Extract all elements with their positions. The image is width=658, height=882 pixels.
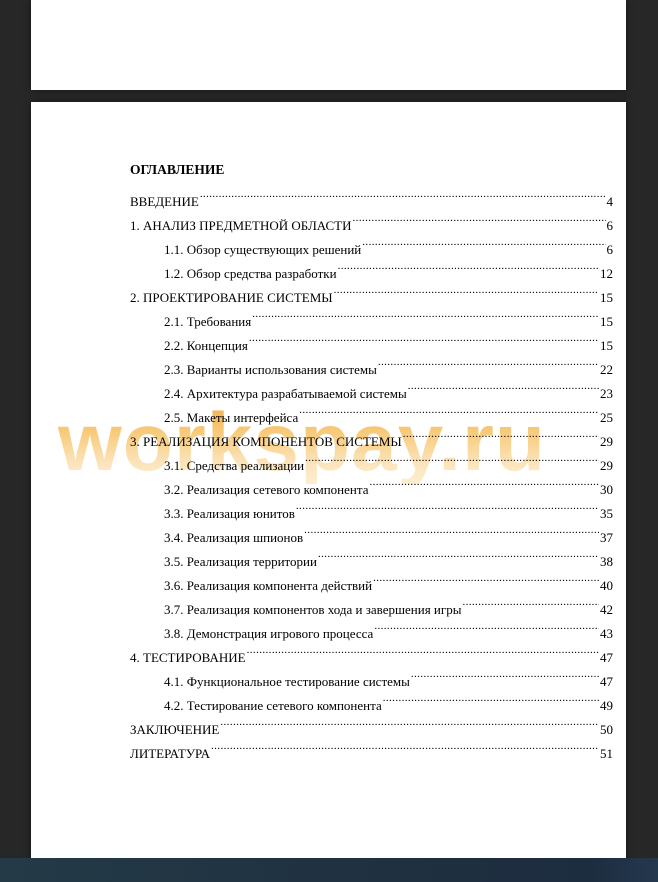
toc-entry-page: 30 [600,478,613,502]
toc-leader-dots [411,662,599,686]
toc-entry-label: 3.6. Реализация компонента действий [164,574,372,598]
table-of-contents: ОГЛАВЛЕНИЕ ВВЕДЕНИЕ41. АНАЛИЗ ПРЕДМЕТНОЙ… [130,158,613,758]
toc-leader-dots [408,374,599,398]
toc-entry-label: 1. АНАЛИЗ ПРЕДМЕТНОЙ ОБЛАСТИ [130,214,352,238]
toc-leader-dots [353,206,606,230]
toc-leader-dots [403,422,599,446]
toc-entry-page: 38 [600,550,613,574]
toc-entry-page: 43 [600,622,613,646]
toc-entry-label: 1.1. Обзор существующих решений [164,238,361,262]
toc-entry-page: 4 [607,190,614,214]
toc-entry-page: 35 [600,502,613,526]
previous-page [31,0,626,90]
toc-leader-dots [334,278,599,302]
toc-leader-dots [249,326,599,350]
toc-entry-page: 29 [600,454,613,478]
toc-entry-page: 47 [600,646,613,670]
toc-entry-page: 47 [600,670,613,694]
document-page: workspay.ru ОГЛАВЛЕНИЕ ВВЕДЕНИЕ41. АНАЛИ… [31,102,626,862]
toc-entry-label: ЛИТЕРАТУРА [130,742,210,766]
toc-entry-label: 1.2. Обзор средства разработки [164,262,337,286]
toc-leader-dots [462,590,599,614]
toc-leader-dots [383,686,599,710]
toc-entry-page: 42 [600,598,613,622]
toc-entry-label: 4. ТЕСТИРОВАНИЕ [130,646,246,670]
toc-leader-dots [200,182,606,206]
toc-entry-page: 23 [600,382,613,406]
toc-leader-dots [362,230,605,254]
toc-entry-page: 12 [600,262,613,286]
toc-entry-label: 2.3. Варианты использования системы [164,358,377,382]
toc-entry-page: 6 [607,238,614,262]
toc-entry-label: 4.1. Функциональное тестирование системы [164,670,410,694]
toc-entry-label: 3.5. Реализация территории [164,550,317,574]
toc-entry-page: 15 [600,334,613,358]
toc-entry-label: 3.1. Средства реализации [164,454,304,478]
toc-leader-dots [296,494,599,518]
toc-leader-dots [252,302,599,326]
toc-leader-dots [369,470,599,494]
toc-entry-page: 15 [600,286,613,310]
toc-entry-page: 6 [607,214,614,238]
toc-entry-page: 29 [600,430,613,454]
toc-entry-page: 40 [600,574,613,598]
toc-entry-page: 25 [600,406,613,430]
toc-leader-dots [373,566,599,590]
toc-entry-page: 50 [600,718,613,742]
toc-entry-label: ЗАКЛЮЧЕНИЕ [130,718,219,742]
bottom-bar [0,858,658,882]
toc-leader-dots [374,614,599,638]
toc-leader-dots [299,398,599,422]
toc-leader-dots [305,446,599,470]
toc-entry[interactable]: ВВЕДЕНИЕ4 [130,182,613,206]
toc-entry-page: 49 [600,694,613,718]
toc-leader-dots [211,734,599,758]
toc-entry-page: 15 [600,310,613,334]
toc-entry[interactable]: 1. АНАЛИЗ ПРЕДМЕТНОЙ ОБЛАСТИ6 [130,206,613,230]
toc-entry-label: 2.5. Макеты интерфейса [164,406,298,430]
toc-list: ВВЕДЕНИЕ41. АНАЛИЗ ПРЕДМЕТНОЙ ОБЛАСТИ61.… [130,182,613,758]
toc-entry-page: 37 [600,526,613,550]
toc-entry-label: ВВЕДЕНИЕ [130,190,199,214]
toc-leader-dots [220,710,599,734]
toc-entry-label: 2.2. Концепция [164,334,248,358]
toc-leader-dots [247,638,599,662]
toc-leader-dots [304,518,599,542]
toc-entry-label: 3.4. Реализация шпионов [164,526,303,550]
toc-entry-label: 3.3. Реализация юнитов [164,502,295,526]
toc-leader-dots [378,350,599,374]
toc-entry-page: 22 [600,358,613,382]
toc-leader-dots [318,542,599,566]
toc-entry-label: 2.1. Требования [164,310,251,334]
toc-title: ОГЛАВЛЕНИЕ [130,158,613,182]
toc-entry-page: 51 [600,742,613,766]
toc-leader-dots [338,254,599,278]
